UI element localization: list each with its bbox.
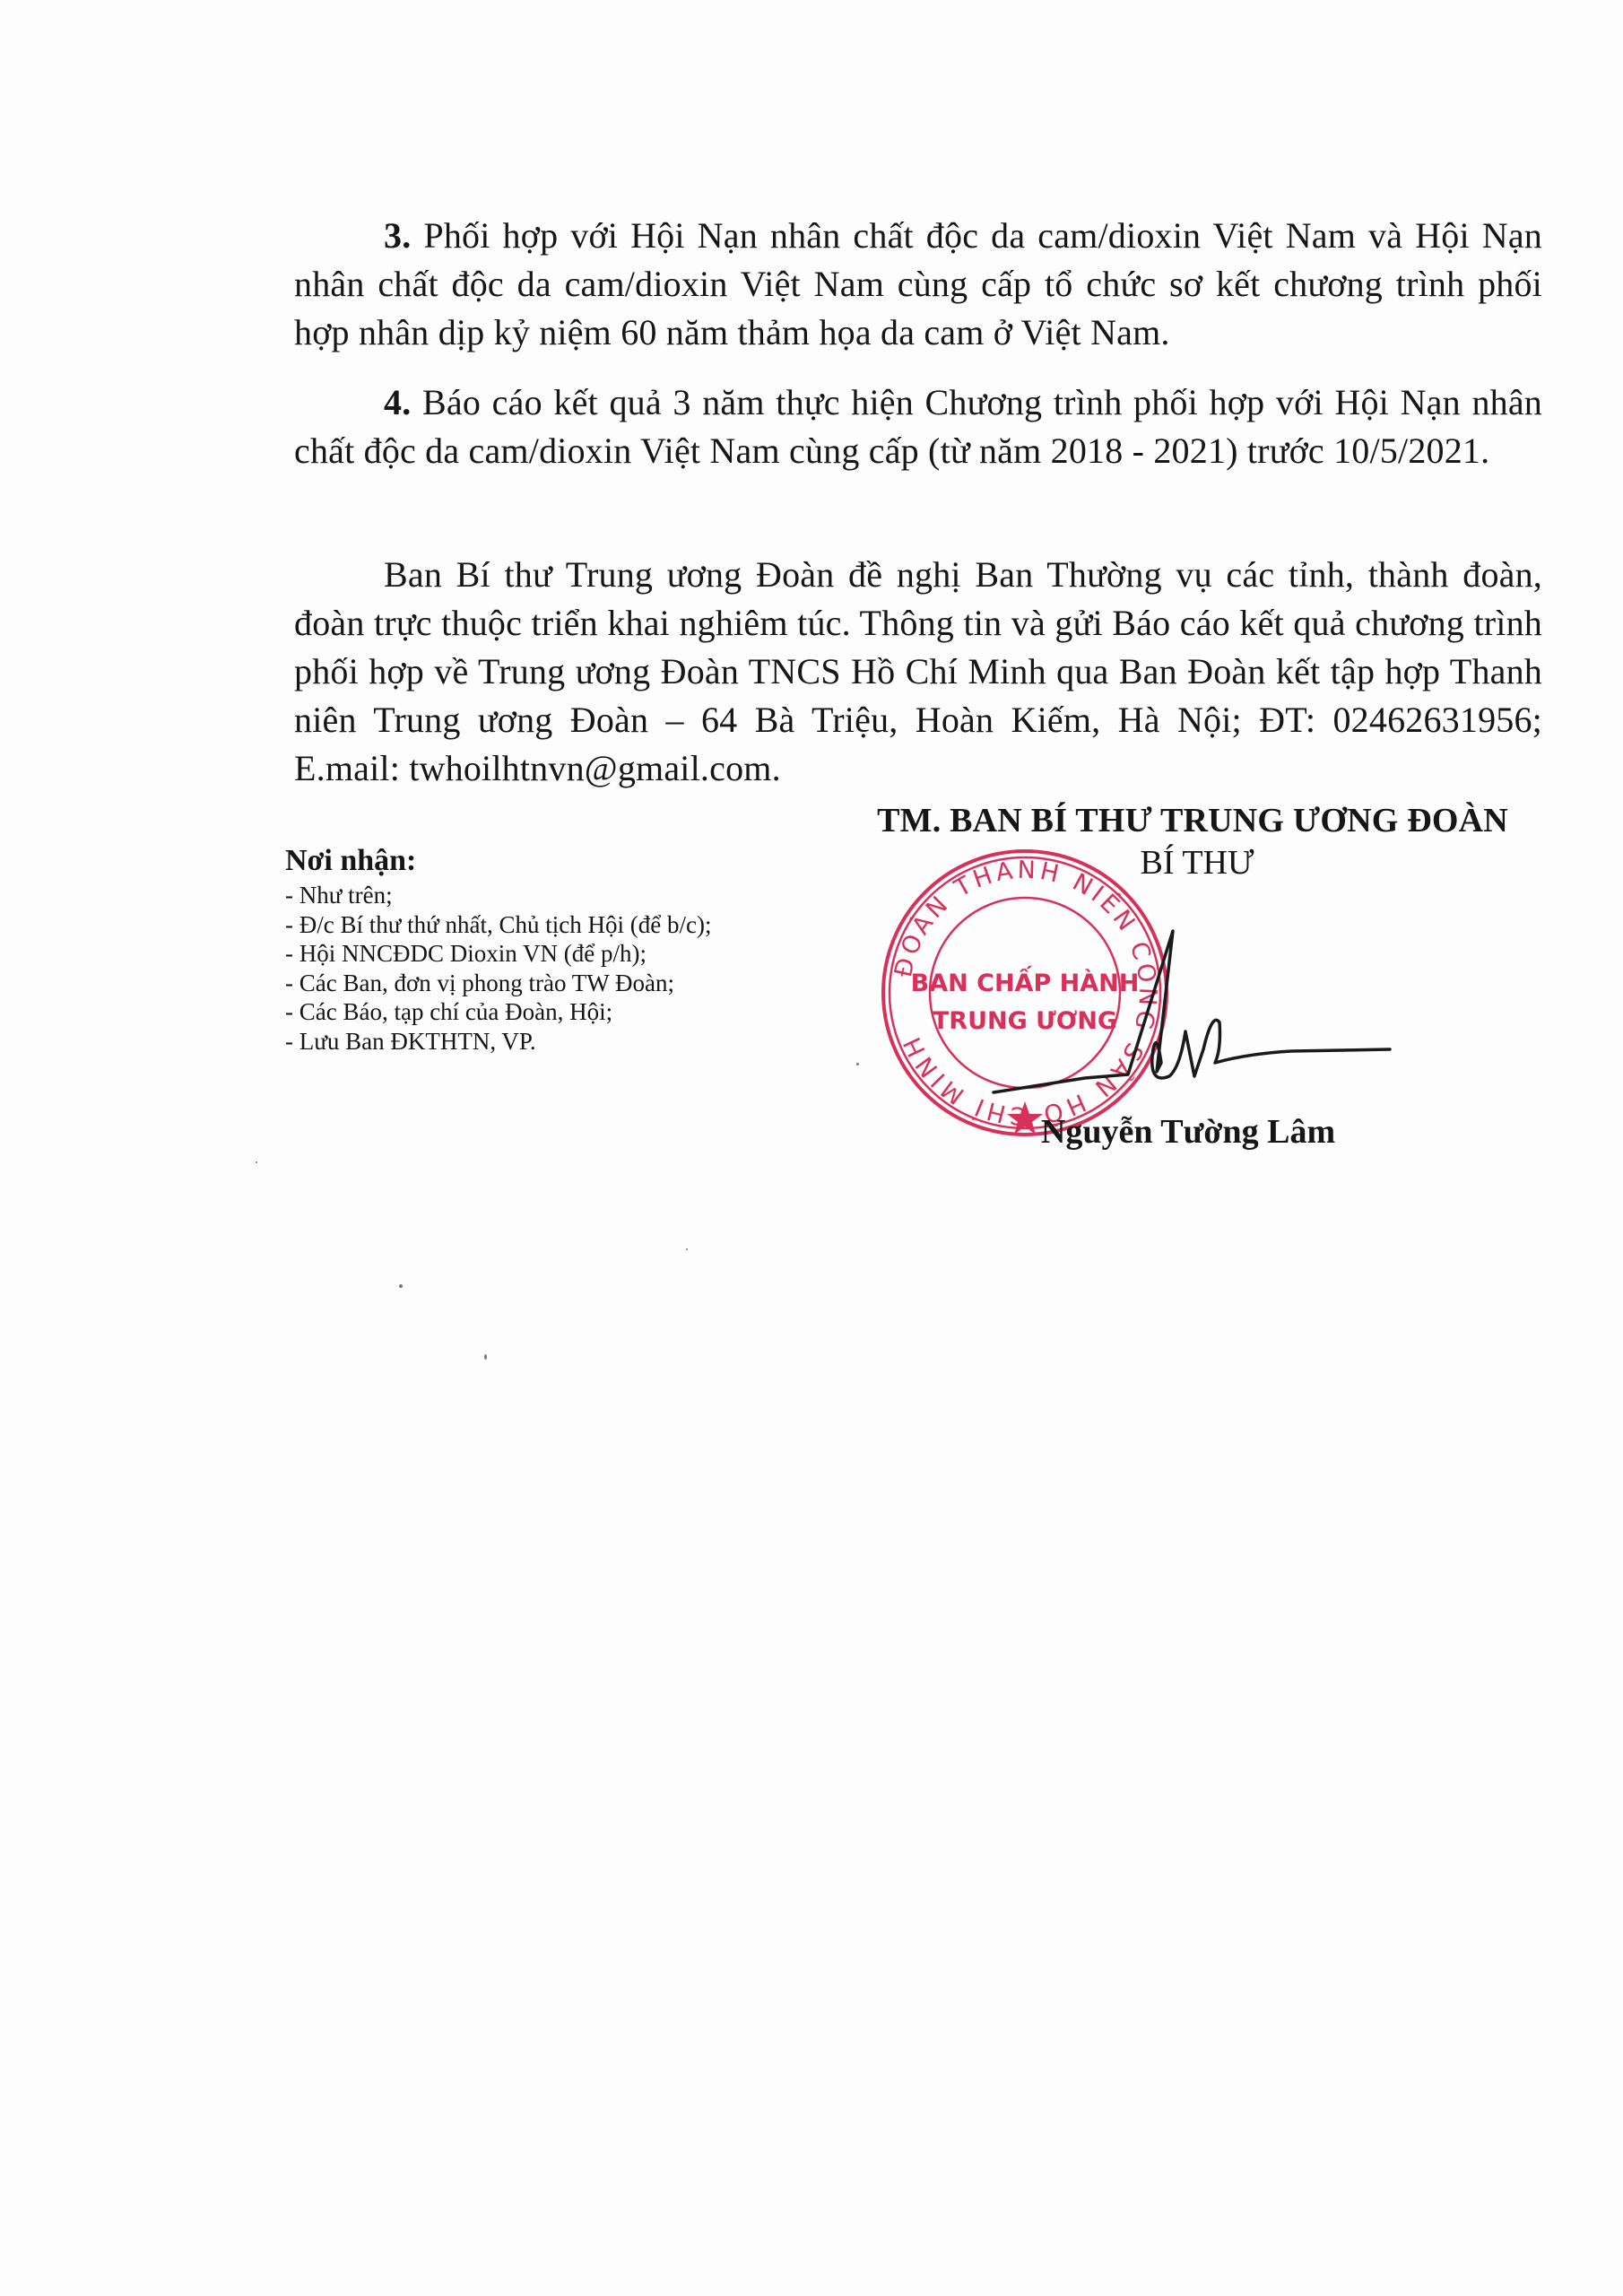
scan-speck — [399, 1284, 403, 1288]
paragraph-text: Phối hợp với Hội Nạn nhân chất độc da ca… — [294, 215, 1542, 352]
paragraph-text: Ban Bí thư Trung ương Đoàn đề nghị Ban T… — [294, 554, 1542, 788]
recipients-block: Nơi nhận: - Như trên; - Đ/c Bí thư thứ n… — [285, 843, 841, 1056]
recipients-heading: Nơi nhận: — [285, 843, 841, 879]
paragraph-item-3: 3. Phối hợp với Hội Nạn nhân chất độc da… — [294, 212, 1542, 357]
handwritten-signature-icon — [977, 915, 1399, 1121]
paragraph-text: Báo cáo kết quả 3 năm thực hiện Chương t… — [294, 382, 1542, 471]
document-page: 3. Phối hợp với Hội Nạn nhân chất độc da… — [0, 0, 1623, 2296]
recipient-item: - Như trên; — [285, 881, 841, 910]
closing-paragraph: Ban Bí thư Trung ương Đoàn đề nghị Ban T… — [294, 551, 1542, 793]
recipient-item: - Lưu Ban ĐKTHTN, VP. — [285, 1027, 841, 1057]
signature-on-behalf: TM. BAN BÍ THƯ TRUNG ƯƠNG ĐOÀN — [834, 801, 1551, 840]
paragraph-number: 3. — [384, 215, 411, 256]
signer-name: Nguyễn Tường Lâm — [986, 1112, 1390, 1152]
paragraph-number: 4. — [384, 382, 411, 422]
scan-speck — [484, 1354, 487, 1360]
recipient-item: - Các Ban, đơn vị phong trào TW Đoàn; — [285, 969, 841, 998]
scan-speck — [256, 1161, 257, 1163]
recipient-item: - Hội NNCĐDC Dioxin VN (để p/h); — [285, 939, 841, 969]
recipients-list: - Như trên; - Đ/c Bí thư thứ nhất, Chủ t… — [285, 881, 841, 1056]
paragraph-item-4: 4. Báo cáo kết quả 3 năm thực hiện Chươn… — [294, 378, 1542, 475]
scan-speck — [856, 1063, 859, 1065]
recipient-item: - Các Báo, tạp chí của Đoàn, Hội; — [285, 997, 841, 1027]
scan-speck — [686, 1248, 688, 1250]
recipient-item: - Đ/c Bí thư thứ nhất, Chủ tịch Hội (để … — [285, 910, 841, 940]
